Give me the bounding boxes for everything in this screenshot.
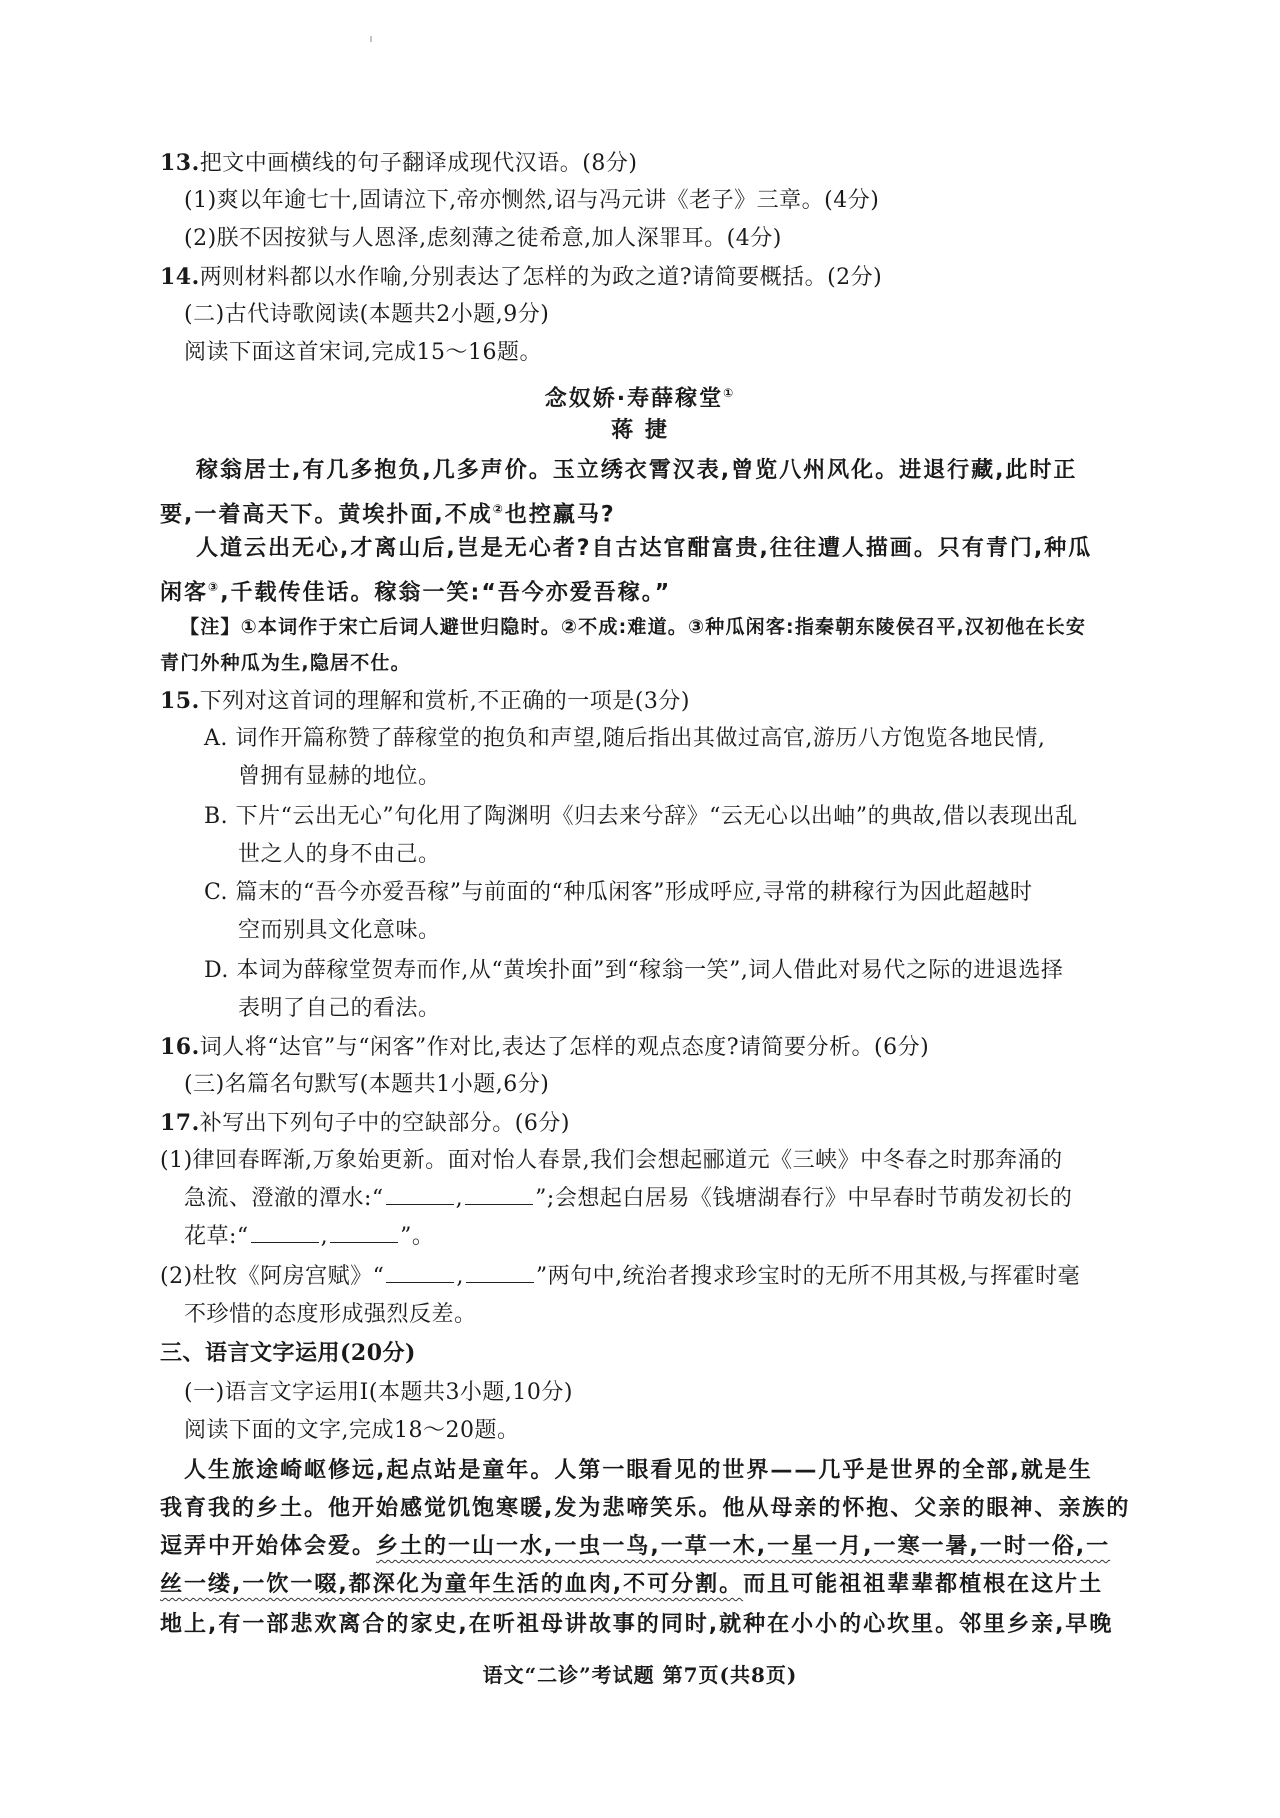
fill-blank[interactable] — [386, 1262, 454, 1283]
q17-part2-line2: 不珍惜的态度形成强烈反差。 — [184, 1300, 477, 1330]
comma: , — [456, 1186, 464, 1211]
wavy-underlined-text: 丝一缕,一饮一啜,都深化为童年生活的血肉,不可分割。 — [160, 1572, 743, 1597]
q15-option-a-line2: 曾拥有显赫的地位。 — [238, 762, 441, 792]
q14-text: 两则材料都以水作喻,分别表达了怎样的为政之道?请简要概括。(2分) — [200, 265, 882, 290]
q15-number: 15. — [160, 688, 200, 714]
fill-blank[interactable] — [386, 1184, 454, 1205]
poem-section-heading: (二)古代诗歌阅读(本题共2小题,9分) — [184, 300, 549, 330]
poem-note-line1: 【注】①本词作于宋亡后词人避世归隐时。②不成:难道。③种瓜闲客:指秦朝东陵侯召平… — [180, 612, 1086, 642]
passage-line1: 人生旅途崎岖修远,起点站是童年。人第一眼看见的世界——几乎是世界的全部,就是生 — [184, 1456, 1093, 1486]
q16-stem: 16.词人将“达官”与“闲客”作对比,表达了怎样的观点态度?请简要分析。(6分) — [160, 1032, 929, 1063]
q15-option-b-line1: B. 下片“云出无心”句化用了陶渊明《归去来兮辞》“云无心以出岫”的典故,借以表… — [204, 802, 1078, 832]
poem-stanza2-line1: 人道云出无心,才离山后,岂是无心者?自古达官酣富贵,往往遭人描画。只有青门,种瓜 — [196, 534, 1092, 564]
poem-stanza2-line2: 闲客③,千载传佳话。稼翁一笑:“吾今亦爱吾稼。” — [160, 572, 671, 608]
comma: , — [456, 1264, 464, 1289]
prompt-text: ”。 — [400, 1224, 434, 1249]
poem-stanza1-line2: 要,一着高天下。黄埃扑面,不成②也控羸马? — [160, 494, 616, 530]
poem-title-text: 念奴娇·寿薛稼堂 — [545, 386, 723, 411]
q13-item-1: (1)爽以年逾七十,固请泣下,帝亦恻然,诏与冯元讲《老子》三章。(4分) — [184, 186, 879, 216]
q15-option-c-line1: C. 篇末的“吾今亦爱吾稼”与前面的“种瓜闲客”形成呼应,寻常的耕稼行为因此超越… — [204, 878, 1033, 908]
passage-text: 而且可能祖祖辈辈都植根在这片土 — [743, 1572, 1103, 1597]
prompt-text: 急流、澄澈的潭水:“ — [184, 1186, 384, 1211]
q15-option-d-line1: D. 本词为薛稼堂贺寿而作,从“黄埃扑面”到“稼翁一笑”,词人借此对易代之际的进… — [204, 956, 1063, 986]
footnote-mark: ② — [493, 502, 505, 516]
passage-line4: 丝一缕,一饮一啜,都深化为童年生活的血肉,不可分割。而且可能祖祖辈辈都植根在这片… — [160, 1570, 1103, 1600]
q13-stem: 13.把文中画横线的句子翻译成现代汉语。(8分) — [160, 148, 637, 179]
poem-author: 蒋 捷 — [0, 416, 1280, 446]
q14-stem: 14.两则材料都以水作喻,分别表达了怎样的为政之道?请简要概括。(2分) — [160, 262, 882, 293]
q15-option-c-line2: 空而别具文化意味。 — [238, 916, 441, 946]
comma: , — [321, 1224, 329, 1249]
q17-part1-line1: (1)律回春晖渐,万象始更新。面对怡人春景,我们会想起郦道元《三峡》中冬春之时那… — [160, 1146, 1063, 1176]
q17-text: 补写出下列句子中的空缺部分。(6分) — [200, 1111, 570, 1136]
passage-line5: 地上,有一部悲欢离合的家史,在听祖母讲故事的同时,就种在小小的心坎里。邻里乡亲,… — [160, 1610, 1113, 1640]
q15-text: 下列对这首词的理解和赏析,不正确的一项是(3分) — [200, 689, 690, 714]
exam-page: 13.把文中画横线的句子翻译成现代汉语。(8分) (1)爽以年逾七十,固请泣下,… — [0, 0, 1280, 1818]
footnote-mark: ① — [723, 386, 735, 400]
wavy-underlined-text: 乡土的一山一水,一虫一鸟,一草一木,一星一月,一寒一暑,一时一俗,一 — [376, 1534, 1110, 1559]
passage-line3: 逗弄中开始体会爱。乡土的一山一水,一虫一鸟,一草一木,一星一月,一寒一暑,一时一… — [160, 1532, 1110, 1562]
passage-line2: 我育我的乡土。他开始感觉饥饱寒暖,发为悲啼笑乐。他从母亲的怀抱、父亲的眼神、亲族… — [160, 1494, 1130, 1524]
passage-text: 逗弄中开始体会爱。 — [160, 1534, 376, 1559]
section3-heading: 三、语言文字运用(20分) — [160, 1338, 416, 1368]
fill-blank[interactable] — [465, 1184, 533, 1205]
q15-stem: 15.下列对这首词的理解和赏析,不正确的一项是(3分) — [160, 686, 690, 717]
fill-blank[interactable] — [466, 1262, 534, 1283]
q16-number: 16. — [160, 1034, 200, 1060]
q15-option-d-line2: 表明了自己的看法。 — [238, 994, 441, 1024]
recite-section-heading: (三)名篇名句默写(本题共1小题,6分) — [184, 1070, 549, 1100]
page-footer: 语文“二诊”考试题 第7页(共8页) — [0, 1660, 1280, 1690]
fill-blank[interactable] — [330, 1222, 398, 1243]
q13-text: 把文中画横线的句子翻译成现代汉语。(8分) — [200, 151, 638, 176]
poem-note-line2: 青门外种瓜为生,隐居不仕。 — [160, 648, 411, 678]
poem-text: 要,一着高天下。黄埃扑面,不成 — [160, 502, 493, 527]
prompt-text: ”两句中,统治者搜求珍宝时的无所不用其极,与挥霍时毫 — [536, 1264, 1080, 1289]
footnote-mark: ③ — [208, 580, 220, 594]
scan-speck — [370, 36, 372, 42]
poem-instruction: 阅读下面这首宋词,完成15～16题。 — [184, 338, 542, 368]
q14-number: 14. — [160, 264, 200, 290]
q13-item-2: (2)朕不因按狱与人恩泽,虑刻薄之徒希意,加人深罪耳。(4分) — [184, 224, 782, 254]
q13-number: 13. — [160, 150, 200, 176]
prompt-text: ”;会想起白居易《钱塘湖春行》中早春时节萌发初长的 — [535, 1186, 1072, 1211]
q17-part1-line2: 急流、澄澈的潭水:“,”;会想起白居易《钱塘湖春行》中早春时节萌发初长的 — [184, 1184, 1072, 1214]
q17-part1-line3: 花草:“,”。 — [184, 1222, 434, 1252]
poem-text: 闲客 — [160, 580, 208, 605]
fill-blank[interactable] — [251, 1222, 319, 1243]
q17-part2-line1: (2)杜牧《阿房宫赋》“,”两句中,统治者搜求珍宝时的无所不用其极,与挥霍时毫 — [160, 1262, 1080, 1292]
prompt-text: 花草:“ — [184, 1224, 249, 1249]
prompt-text: (2)杜牧《阿房宫赋》“ — [160, 1264, 384, 1289]
q17-stem: 17.补写出下列句子中的空缺部分。(6分) — [160, 1108, 570, 1139]
poem-stanza1-line1: 稼翁居士,有几多抱负,几多声价。玉立绣衣霄汉表,曾览八州风化。进退行藏,此时正 — [196, 456, 1077, 486]
poem-text: 也控羸马? — [505, 502, 616, 527]
q17-number: 17. — [160, 1110, 200, 1136]
poem-text: ,千载传佳话。稼翁一笑:“吾今亦爱吾稼。” — [220, 580, 671, 605]
section3-instruction: 阅读下面的文字,完成18～20题。 — [184, 1416, 519, 1446]
q15-option-a-line1: A. 词作开篇称赞了薛稼堂的抱负和声望,随后指出其做过高官,游历八方饱览各地民情… — [204, 724, 1045, 754]
poem-title: 念奴娇·寿薛稼堂① — [0, 378, 1280, 414]
section3-sub-heading: (一)语言文字运用Ⅰ(本题共3小题,10分) — [184, 1378, 573, 1408]
q16-text: 词人将“达官”与“闲客”作对比,表达了怎样的观点态度?请简要分析。(6分) — [200, 1035, 929, 1060]
q15-option-b-line2: 世之人的身不由己。 — [238, 840, 441, 870]
